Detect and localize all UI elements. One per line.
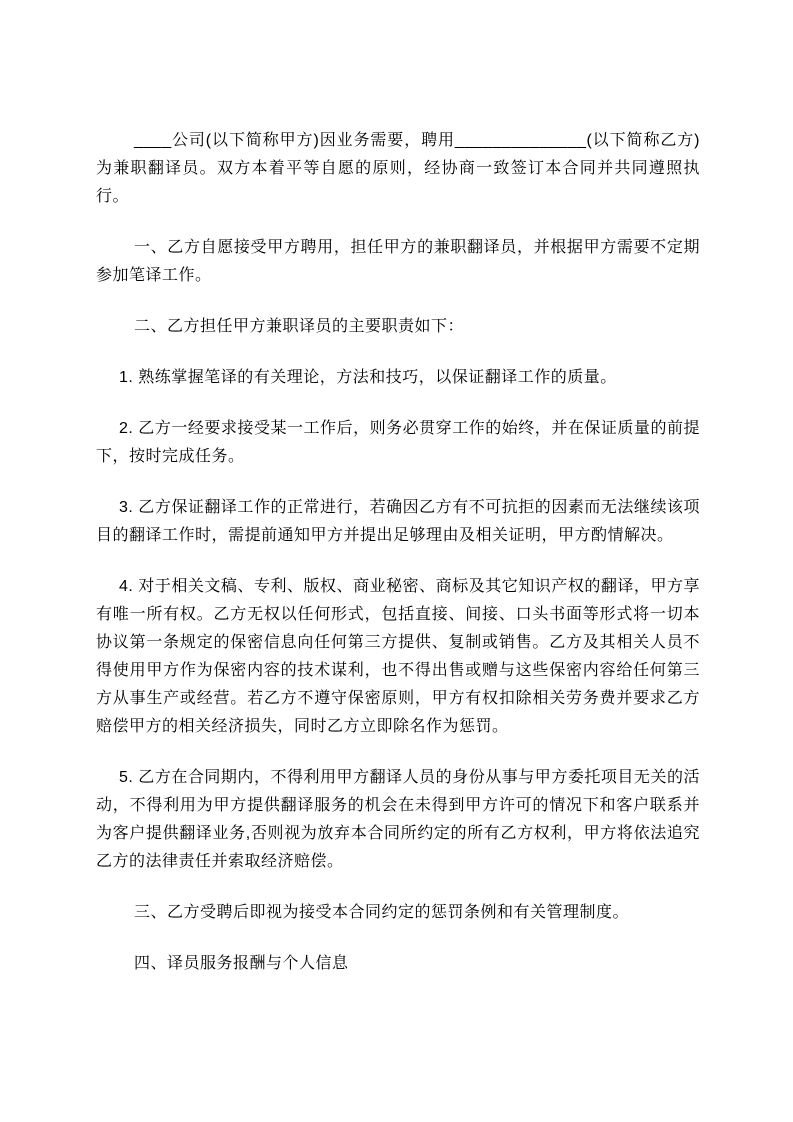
clause-2-item-2: 2. 乙方一经要求接受某一工作后，则务必贯穿工作的始终，并在保证质量的前提下，按… [96, 415, 700, 471]
paragraph-intro: ____公司(以下简称甲方)因业务需要，聘用______________(以下简… [96, 127, 700, 211]
clause-2-item-4: 4. 对于相关文稿、专利、版权、商业秘密、商标及其它知识产权的翻译，甲方享有唯一… [96, 573, 700, 741]
clause-2-item-1: 1. 熟练掌握笔译的有关理论，方法和技巧，以保证翻译工作的质量。 [96, 364, 700, 392]
clause-1: 一、乙方自愿接受甲方聘用，担任甲方的兼职翻译员，并根据甲方需要不定期参加笔译工作… [96, 234, 700, 290]
clause-4-heading: 四、译员服务报酬与个人信息 [96, 950, 700, 978]
clause-2-item-5: 5. 乙方在合同期内，不得利用甲方翻译人员的身份从事与甲方委托项目无关的活动，不… [96, 764, 700, 876]
clause-3: 三、乙方受聘后即视为接受本合同约定的惩罚条例和有关管理制度。 [96, 899, 700, 927]
clause-2-item-3: 3. 乙方保证翻译工作的正常进行，若确因乙方有不可抗拒的因素而无法继续该项目的翻… [96, 494, 700, 550]
contract-document-page: ____公司(以下简称甲方)因业务需要，聘用______________(以下简… [0, 0, 793, 1122]
document-body: ____公司(以下简称甲方)因业务需要，聘用______________(以下简… [96, 127, 700, 978]
clause-2-heading: 二、乙方担任甲方兼职译员的主要职责如下： [96, 313, 700, 341]
